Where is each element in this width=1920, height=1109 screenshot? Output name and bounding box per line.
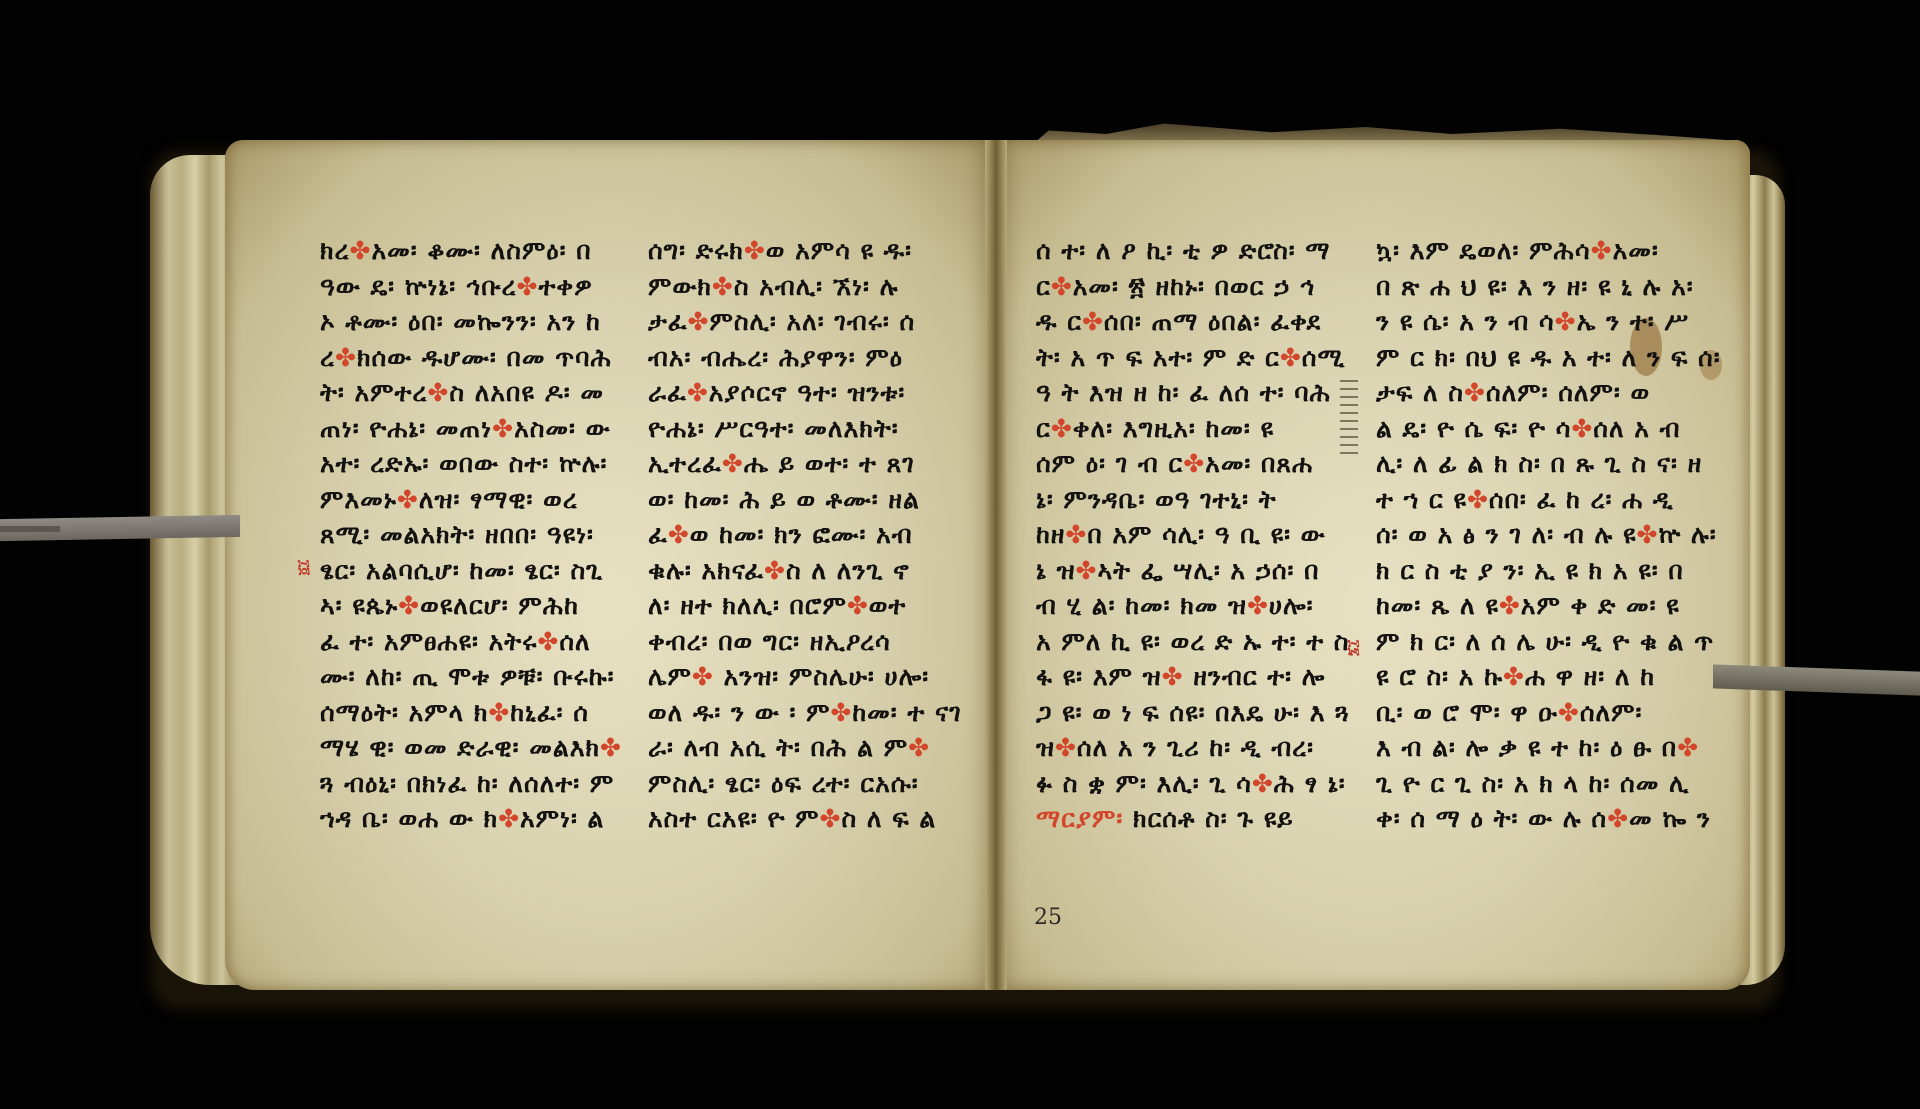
manuscript-line: ጊ ዮ ር ጊ ስ፡ አ ክ ላ ከ፡ ሰመ ሊ bbox=[1376, 766, 1721, 802]
rubric: ✤ bbox=[1607, 804, 1629, 833]
manuscript-line: ቀብረ፡ በወ ግር፡ ዘኢዖረሳ bbox=[648, 624, 962, 660]
manuscript-line: ን ዩ ሴ፡ አ ን ብ ሳ✤ኤ ን ተ፡ ሥ bbox=[1376, 304, 1721, 340]
manuscript-line: ኳ፡ እም ዴወለ፡ ምሕሳ✤አመ፡ bbox=[1376, 233, 1721, 269]
manuscript-line: ከመ፡ ጼ ለ ዩ✤አም ቀ ድ መ፡ ዩ bbox=[1376, 588, 1721, 624]
rubric: ✤ bbox=[908, 733, 930, 762]
rubric: ✤ bbox=[1571, 414, 1593, 443]
rubric: ✤ bbox=[1558, 698, 1580, 727]
manuscript-line: ር✤አመ፡ ፳ ዘከኑ፡ በወር ኃ ኅ bbox=[1036, 269, 1350, 305]
rubric: ✤ bbox=[847, 591, 869, 620]
manuscript-line: ታፍ ለ ስ✤ሰለም፡ ሰለም፡ ወ bbox=[1376, 375, 1721, 411]
manuscript-line: ሙ፡ ለከ፡ ጢ ሞቱ ዎቹ፡ ቡሩኩ፡ bbox=[320, 659, 622, 695]
manuscript-line: ኢተረፈ✤ሔ ይ ወተ፡ ተ ጸገ bbox=[648, 446, 962, 482]
manuscript-line: ብ ሂ ል፡ ከመ፡ ክመ ዝ✤ሀሎ፡ bbox=[1036, 588, 1350, 624]
manuscript-line: ሌም✤ አንዝ፡ ምስሌሁ፡ ሀሎ፡ bbox=[648, 659, 962, 695]
rubric: ✤ bbox=[492, 414, 514, 443]
margin-note-left: ፲፬ bbox=[296, 560, 312, 575]
manuscript-line: ምውክ✤ስ አብሊ፡ ኧነ፡ ሉ bbox=[648, 269, 962, 305]
rubric: ማርያም፡ bbox=[1036, 804, 1123, 833]
rubric: ✤ bbox=[537, 627, 559, 656]
manuscript-line: ራ፡ ለብ አሲ ት፡ በሕ ል ም✤ bbox=[648, 730, 962, 766]
manuscript-line: ም ክ ር፡ ለ ሰ ሌ ሁ፡ ዲ ዮ ቁ ል ጥ bbox=[1376, 624, 1721, 660]
manuscript-line: ብአ፡ ብሔረ፡ ሕያዋን፡ ምዕ bbox=[648, 340, 962, 376]
manuscript-line: ጓ ብዕኒ፡ በክነፈ ከ፡ ለሰለተ፡ ም bbox=[320, 766, 622, 802]
text-column-4: ኳ፡ እም ዴወለ፡ ምሕሳ✤አመ፡በ ጽ ሐ ህ ዩ፡ እ ን ዘ፡ ዩ ኒ … bbox=[1376, 233, 1721, 837]
rubric: ✤ bbox=[688, 307, 710, 336]
rubric: ✤ bbox=[1555, 307, 1577, 336]
manuscript-line: ሰ፡ ወ አ ፅ ን ገ ለ፡ ብ ሉ ዩ✤ኵ ሉ፡ bbox=[1376, 517, 1721, 553]
rubric: ✤ bbox=[1082, 307, 1104, 336]
manuscript-line: ክ ር ስ ቲ ያ ን፡ ኢ ዩ ክ አ ዩ፡ በ bbox=[1376, 553, 1721, 589]
book-gutter bbox=[985, 140, 1007, 990]
rubric: ✤ bbox=[1076, 556, 1098, 585]
rubric: ✤ bbox=[1252, 769, 1274, 798]
manuscript-line: ት፡ አ ጥ ፍ አተ፡ ም ድ ር✤ሰሚ bbox=[1036, 340, 1350, 376]
manuscript-line: ኀዳ ቤ፡ ወሐ ው ክ✤አምነ፡ ል bbox=[320, 801, 622, 837]
rubric: ✤ bbox=[1247, 591, 1269, 620]
manuscript-line: ል ዴ፡ ዮ ሴ ፍ፡ ዮ ሳ✤ሰለ አ ብ bbox=[1376, 411, 1721, 447]
rubric: ✤ bbox=[764, 556, 786, 585]
manuscript-line: ቀ፡ ሰ ማ ዕ ት፡ ው ሉ ሰ✤መ ኰ ን bbox=[1376, 801, 1721, 837]
rubric: ✤ bbox=[668, 520, 690, 549]
manuscript-line: ፈ ተ፡ አምፀሐዩ፡ አትሩ✤ሰለ bbox=[320, 624, 622, 660]
manuscript-line: ኣ፡ ዩጴኑ✤ወዩለርሆ፡ ምሕከ bbox=[320, 588, 622, 624]
manuscript-line: ጠነ፡ ዮሐኔ፡ መጠነ✤አስመ፡ ው bbox=[320, 411, 622, 447]
manuscript-line: ሰም ዕ፡ ገ ብ ር✤አመ፡ በጸሐ bbox=[1036, 446, 1350, 482]
manuscript-line: ከዘ✤በ አም ሳሊ፡ ዓ ቢ ዩ፡ ው bbox=[1036, 517, 1350, 553]
manuscript-line: ራፈ✤አያሶርኖ ዓተ፡ ዝንቱ፡ bbox=[648, 375, 962, 411]
manuscript-line: ዱ ር✤ሰበ፡ ጠማ ዕበል፡ ፈቀደ bbox=[1036, 304, 1350, 340]
rubric: ✤ bbox=[820, 804, 842, 833]
rubric: ✤ bbox=[1636, 520, 1658, 549]
rubric: ✤ bbox=[1503, 662, 1525, 691]
manuscript-line: ለ፡ ዘተ ክለሊ፡ በሮም✤ወተ bbox=[648, 588, 962, 624]
manuscript-line: ፈ✤ወ ከመ፡ ክን ፎሙ፡ አብ bbox=[648, 517, 962, 553]
manuscript-line: ሰ ተ፡ ለ ዖ ኪ፡ ቲ ዎ ድሮስ፡ ማ bbox=[1036, 233, 1350, 269]
manuscript-line: አስተ ርአዩ፡ ዮ ም✤ስ ለ ፍ ል bbox=[648, 801, 962, 837]
manuscript-line: ፄር፡ አልባሲሆ፡ ከመ፡ ፄር፡ ስጊ bbox=[320, 553, 622, 589]
manuscript-line: ቢ፡ ወ ሮ ሞ፡ ዋ ዑ✤ሰለም፡ bbox=[1376, 695, 1721, 731]
manuscript-line: ረ✤ክሰው ዱሆሙ፡ በመ ጥባሕ bbox=[320, 340, 622, 376]
manuscript-line: ቁሉ፡ አክናፈ✤ስ ለ ለንጊ ኖ bbox=[648, 553, 962, 589]
rubric: ✤ bbox=[830, 698, 852, 727]
manuscript-line: ታፈ✤ምስሊ፡ አለ፡ ገብሩ፡ ሰ bbox=[648, 304, 962, 340]
manuscript-line: አተ፡ ረድኡ፡ ወበው ስተ፡ ኵሉ፡ bbox=[320, 446, 622, 482]
manuscript-line: ዮሐኔ፡ ሥርዓተ፡ መለእክት፡ bbox=[648, 411, 962, 447]
manuscript-line: ዓው ዴ፡ ኵነኔ፡ ኅቡረ✤ተቀዎ bbox=[320, 269, 622, 305]
rubric: ✤ bbox=[1467, 485, 1489, 514]
rubric: ✤ bbox=[1499, 591, 1521, 620]
rubric: ✤ bbox=[712, 272, 734, 301]
text-column-3: ሰ ተ፡ ለ ዖ ኪ፡ ቲ ዎ ድሮስ፡ ማር✤አመ፡ ፳ ዘከኑ፡ በወር ኃ… bbox=[1036, 233, 1350, 837]
manuscript-line: በ ጽ ሐ ህ ዩ፡ እ ን ዘ፡ ዩ ኒ ሉ አ፡ bbox=[1376, 269, 1721, 305]
manuscript-line: ሰማዕት፡ አምላ ክ✤ከኒፈ፡ ሰ bbox=[320, 695, 622, 731]
manuscript-line: እ ብ ል፡ ሎ ቃ ዩ ተ ከ፡ ዕ ፁ በ✤ bbox=[1376, 730, 1721, 766]
manuscript-line: ማርያም፡ ክርሰቶ ስ፡ ጉ ዩይ bbox=[1036, 801, 1350, 837]
rubric: ✤ bbox=[1065, 520, 1087, 549]
margin-note-right: ፲፯ bbox=[1346, 640, 1362, 656]
rubric: ✤ bbox=[1051, 414, 1073, 443]
rubric: ✤ bbox=[692, 662, 714, 691]
manuscript-line: ፋ ዩ፡ እም ዝ✤ ዘንብር ተ፡ ሎ bbox=[1036, 659, 1350, 695]
manuscript-line: ተ ኀ ር ዩ✤ሰበ፡ ፈ ከ ረ፡ ሐ ዲ bbox=[1376, 482, 1721, 518]
manuscript-line: ም ር ክ፡ በህ ዩ ዱ አ ተ፡ ለ ን ፍ ሰ፡ bbox=[1376, 340, 1721, 376]
rubric: ✤ bbox=[1677, 733, 1699, 762]
rubric: ✤ bbox=[1162, 662, 1184, 691]
manuscript-line: ዓ ት እዝ ዘ ከ፡ ፈ ለሰ ተ፡ ባሕ bbox=[1036, 375, 1350, 411]
rubric: ✤ bbox=[1183, 449, 1205, 478]
manuscript-line: ወለ ዱ፡ ን ው ፡ ም✤ከመ፡ ተ ናገ bbox=[648, 695, 962, 731]
manuscript-line: ማሄ ዊ፡ ወመ ድራዊ፡ መልእክ✤ bbox=[320, 730, 622, 766]
manuscript-line: ምእመኑ✤ለዝ፡ ፃማዊ፡ ወረ bbox=[320, 482, 622, 518]
rubric: ✤ bbox=[1464, 378, 1486, 407]
manuscript-line: ኔ፡ ምንዳቤ፡ ወዓ ገተኒ፡ ት bbox=[1036, 482, 1350, 518]
folio-number: 25 bbox=[1034, 905, 1062, 930]
manuscript-line: አ ምለ ኪ ዩ፡ ወረ ድ ኡ ተ፡ ተ ስ bbox=[1036, 624, 1350, 660]
rubric: ✤ bbox=[350, 236, 372, 265]
manuscript-line: ር✤ቀለ፡ እግዚአ፡ ከመ፡ ዩ bbox=[1036, 411, 1350, 447]
manuscript-line: ምስሊ፡ ፄር፡ ዕፍ ረተ፡ ርአሱ፡ bbox=[648, 766, 962, 802]
manuscript-line: ኔ ዝ✤ኣት ፌ ሣሊ፡ አ ኃሰ፡ በ bbox=[1036, 553, 1350, 589]
rubric: ✤ bbox=[1591, 236, 1613, 265]
rubric: ✤ bbox=[600, 733, 622, 762]
rubric: ✤ bbox=[1055, 733, 1077, 762]
manuscript-line: ጸሚ፡ መልአክት፡ ዘበበ፡ ዓዩነ፡ bbox=[320, 517, 622, 553]
rubric: ✤ bbox=[744, 236, 766, 265]
text-column-2: ሰግ፡ ድሩክ✤ወ አምሳ ዩ ዱ፡ምውክ✤ስ አብሊ፡ ኧነ፡ ሉታፈ✤ምስሊ… bbox=[648, 233, 962, 837]
rubric: ✤ bbox=[1280, 343, 1302, 372]
text-column-1: ክረ✤አመ፡ ቆሙ፡ ለስምዕ፡ በዓው ዴ፡ ኵነኔ፡ ኅቡረ✤ተቀዎኦ ቶሙ… bbox=[320, 233, 622, 837]
rubric: ✤ bbox=[1051, 272, 1073, 301]
manuscript-line: ት፡ አምተረ✤ስ ለአበዩ ዶ፡ መ bbox=[320, 375, 622, 411]
rubric: ✤ bbox=[722, 449, 744, 478]
manuscript-line: ሰግ፡ ድሩክ✤ወ አምሳ ዩ ዱ፡ bbox=[648, 233, 962, 269]
manuscript-line: ወ፡ ከመ፡ ሕ ይ ወ ቶሙ፡ ዘል bbox=[648, 482, 962, 518]
manuscript-line: ፉ ስ ቋ ም፡ እሊ፡ ጊ ሳ✤ሕ ፃ ኔ፡ bbox=[1036, 766, 1350, 802]
rubric: ✤ bbox=[517, 272, 539, 301]
rubric: ✤ bbox=[427, 378, 449, 407]
manuscript-line: ጋ ዩ፡ ወ ነ ፍ ሰዩ፡ በእዴ ሁ፡ እ ጓ bbox=[1036, 695, 1350, 731]
rubric: ✤ bbox=[397, 485, 419, 514]
bookmark-strip-left-tip bbox=[0, 526, 60, 532]
manuscript-line: ሊ፡ ለ ፊ ል ክ ስ፡ በ ጹ ጊ ስ ና፡ ዘ bbox=[1376, 446, 1721, 482]
manuscript-line: ክረ✤አመ፡ ቆሙ፡ ለስምዕ፡ በ bbox=[320, 233, 622, 269]
rubric: ✤ bbox=[398, 591, 420, 620]
manuscript-line: ዩ ሮ ስ፡ አ ኩ✤ሐ ዋ ዘ፡ ለ ከ bbox=[1376, 659, 1721, 695]
rubric: ✤ bbox=[488, 698, 510, 727]
manuscript-line: ዝ✤ሰለ አ ን ጊሪ ከ፡ ዲ ብረ፡ bbox=[1036, 730, 1350, 766]
rubric: ✤ bbox=[498, 804, 520, 833]
rubric: ✤ bbox=[335, 343, 357, 372]
rubric: ✤ bbox=[687, 378, 709, 407]
manuscript-line: ኦ ቶሙ፡ ዕበ፡ መኰንን፡ አን ከ bbox=[320, 304, 622, 340]
